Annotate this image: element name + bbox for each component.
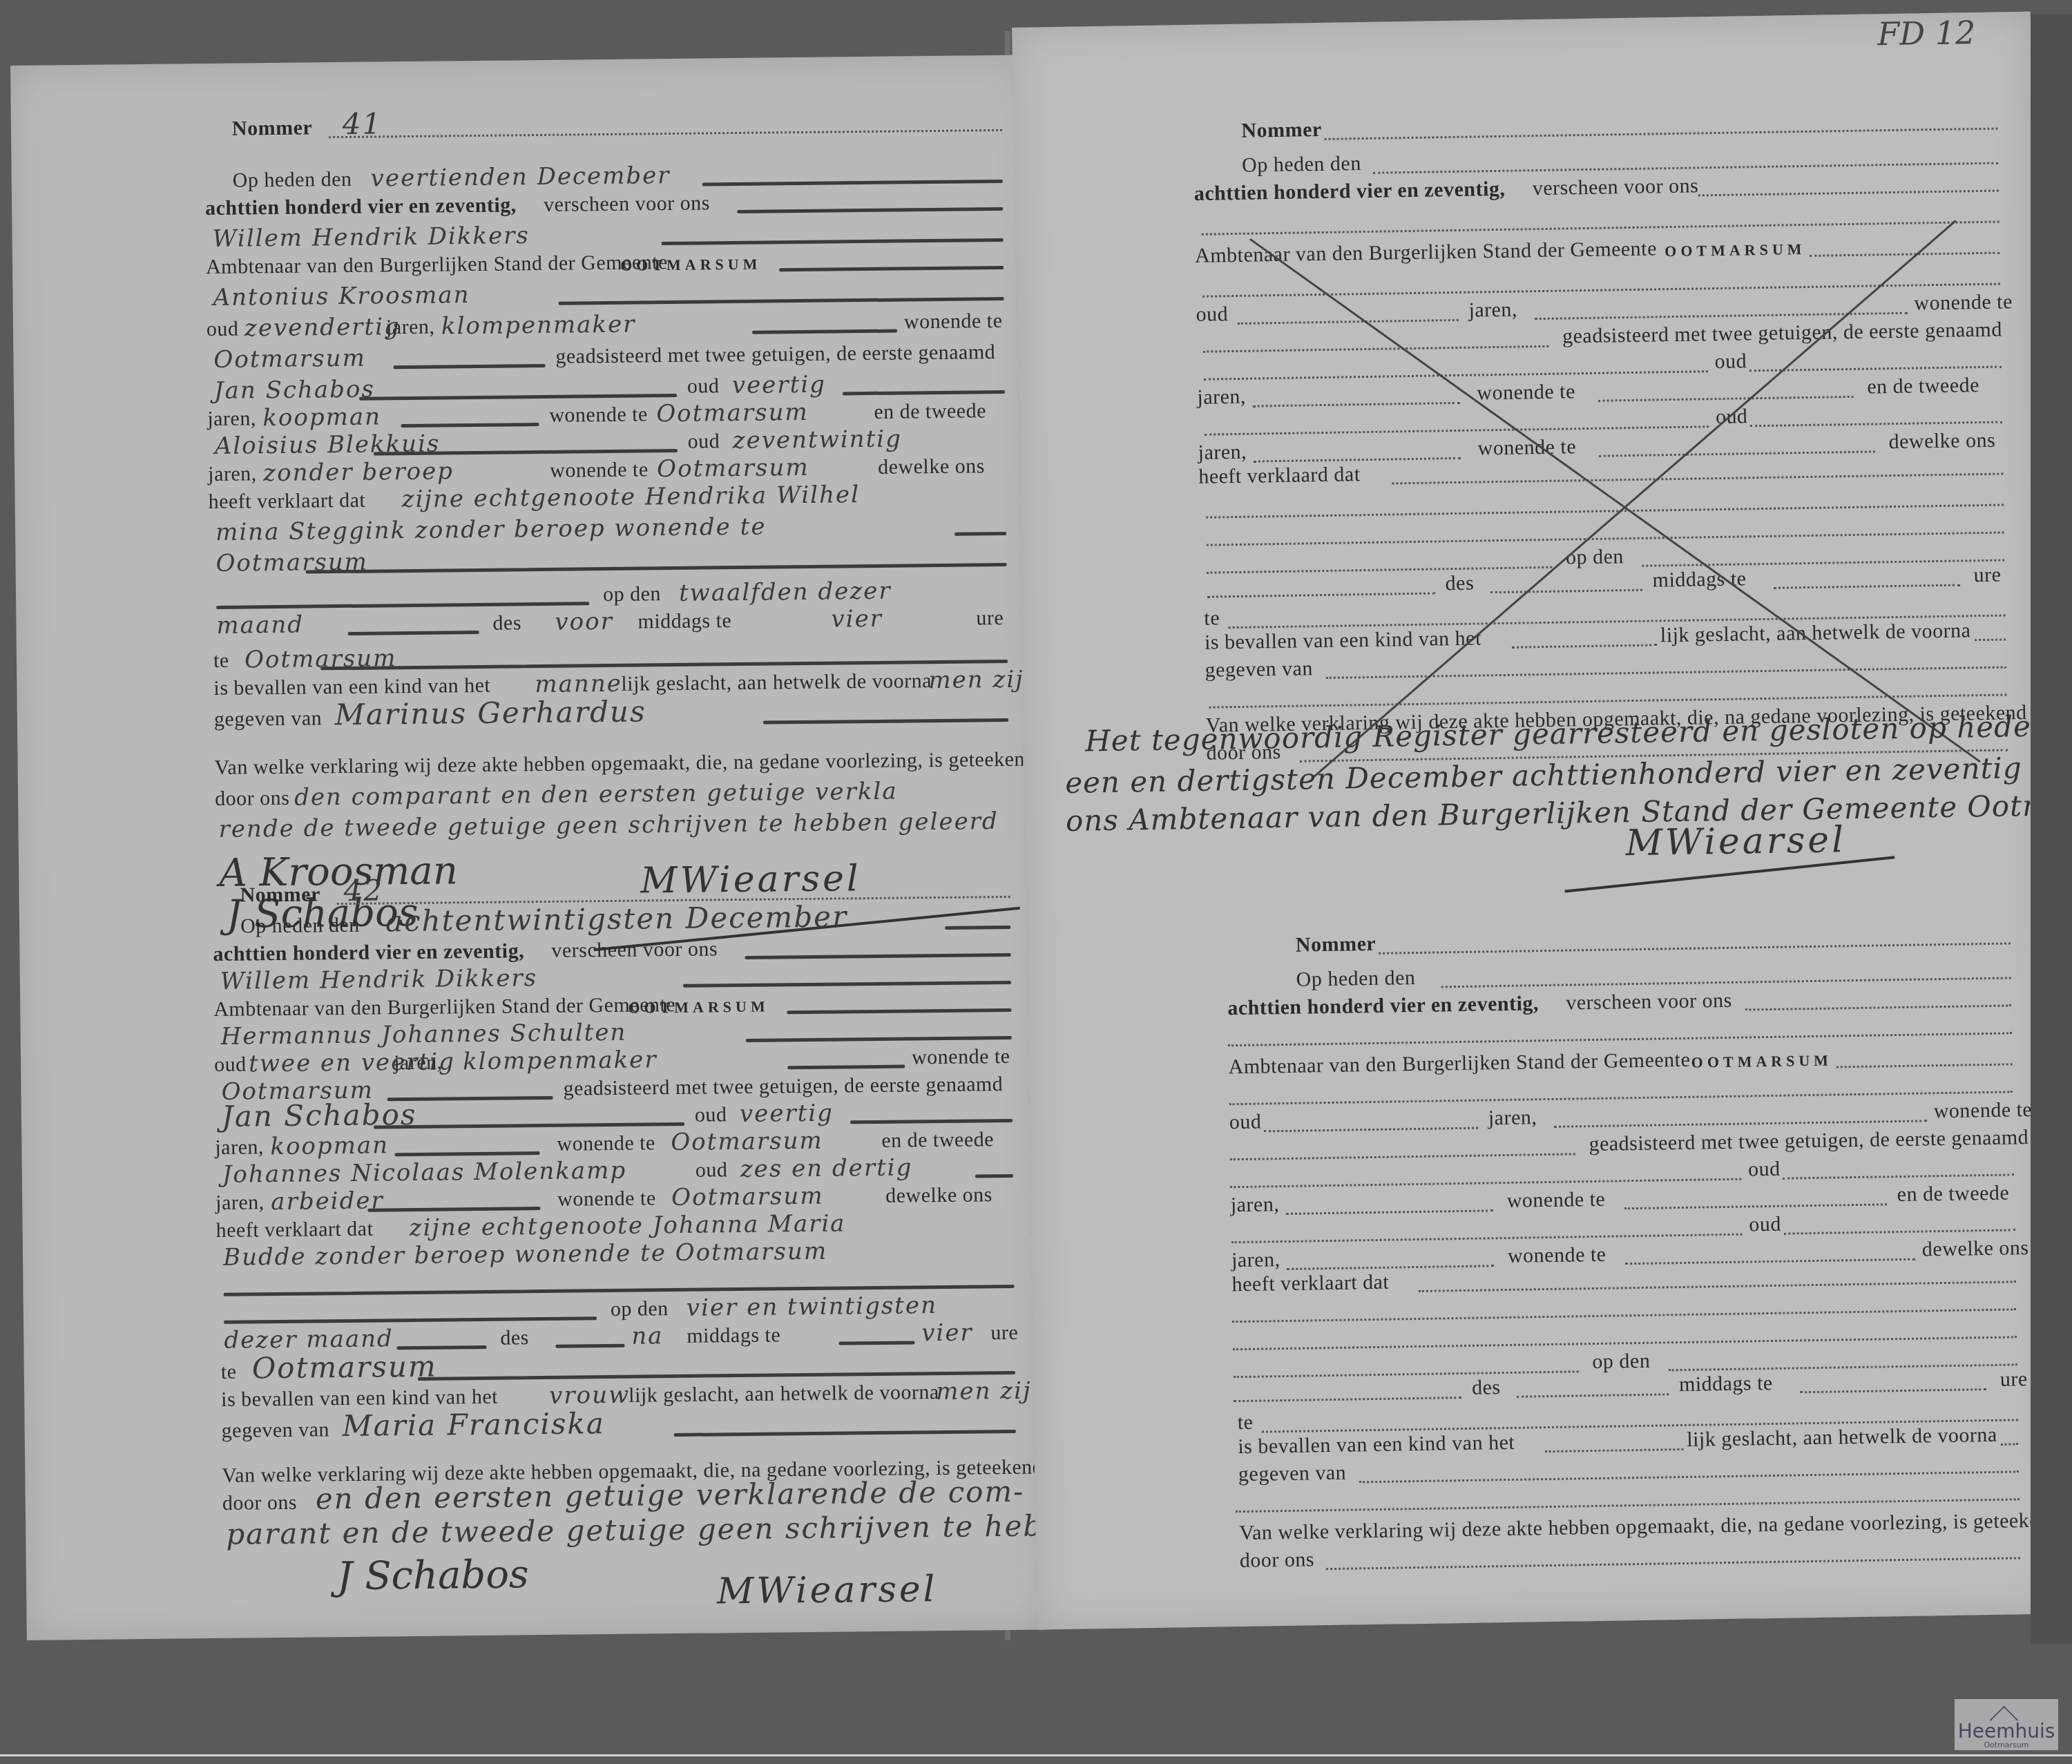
birth-month: maand: [216, 611, 304, 640]
record-number: 41: [343, 106, 383, 141]
watermark-town: Ootmarsum: [1955, 1741, 2058, 1749]
blank-record-form: Nommer Op heden den achttien honderd vie…: [1026, 910, 2044, 926]
nommer-label: Nommer: [232, 116, 313, 140]
nommer-label: Nommer: [1241, 118, 1322, 143]
door-ons-label: door ons: [222, 1491, 298, 1515]
closing-signature: MWiearsel: [1625, 819, 1846, 864]
des-label: des: [492, 611, 521, 635]
gegeven-van-label: gegeven van: [222, 1418, 330, 1443]
signed-line-2: rende de tweede getuige geen schrijven t…: [218, 807, 999, 843]
child-name: Marinus Gerhardus: [335, 694, 646, 731]
child-name: Maria Franciska: [342, 1406, 605, 1443]
birth-ante-post: voor: [555, 608, 613, 636]
page-reference: FD 12: [1877, 14, 1976, 52]
left-page: Nommer 41 Op heden den veertienden Decem…: [10, 55, 1046, 1640]
birth-record-42: Nommer 42 Op heden den achtentwintigsten…: [19, 863, 1037, 873]
door-ons-label: door ons: [1240, 1548, 1315, 1573]
birth-hour: vier: [831, 605, 883, 633]
nommer-label: Nommer: [1296, 932, 1376, 957]
voided-record-form: Nommer Op heden den achttien honderd vie…: [1013, 95, 2032, 111]
signature-official: MWiearsel: [717, 1569, 938, 1612]
scan-border: [2031, 14, 2072, 1644]
ure-label: ure: [976, 606, 1004, 630]
gegeven-van-label: gegeven van: [214, 707, 323, 731]
birth-record-41: Nommer 41 Op heden den veertienden Decem…: [11, 97, 1030, 107]
watermark-brand: Heemhuis: [1955, 1720, 2058, 1743]
heemhuis-watermark: Heemhuis Ootmarsum: [1955, 1699, 2058, 1750]
scan-edge-line: [0, 1754, 2072, 1756]
middags-label: middags te: [637, 609, 731, 633]
signature-witness: J Schabos: [337, 1552, 529, 1599]
right-page: FD 12 Nommer Op heden den achttien honde…: [1012, 12, 2055, 1630]
